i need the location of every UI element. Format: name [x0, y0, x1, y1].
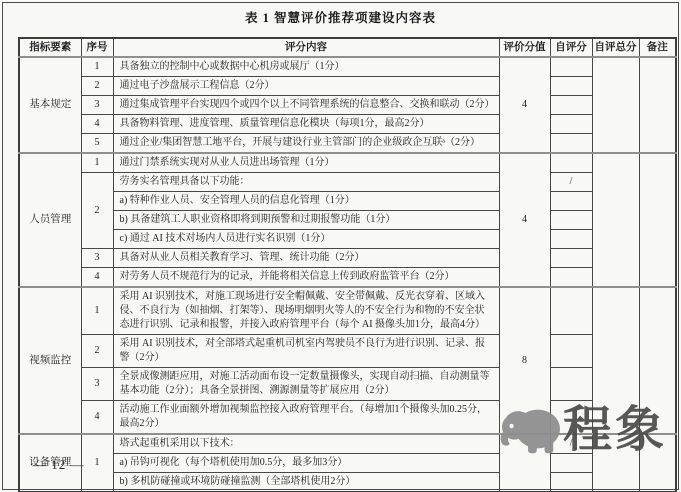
- row-number-cell: 3: [81, 249, 113, 268]
- self-score-cell: [550, 192, 592, 211]
- score-value-cell: [499, 434, 550, 492]
- self-score-cell: [550, 115, 592, 134]
- content-cell: 全景成像测距应用，对施工活动面布设一定数量摄像头，实现自动扫描、自动测量等基本功…: [113, 368, 499, 401]
- self-score-cell: [550, 57, 592, 77]
- table-row: c) 通过 AI 技术对场内人员进行实名识别（1分）: [19, 230, 676, 249]
- row-number-cell: 4: [81, 268, 113, 288]
- content-cell: 对劳务人员不规范行为的记录，并能将相关信息上传到政府监管平台（2分）: [113, 268, 499, 288]
- score-value-cell: 8: [499, 287, 550, 434]
- row-number-cell: 5: [81, 134, 113, 154]
- content-cell: a) 特种作业人员、安全管理人员的信息化管理（1分）: [113, 192, 499, 211]
- row-number-cell: 1: [81, 57, 113, 77]
- score-value-cell: 4: [499, 57, 550, 153]
- self-score-cell: [550, 249, 592, 268]
- row-number-cell: 1: [81, 153, 113, 173]
- table-row: 2劳务实名管理具备以下功能：/: [19, 173, 676, 192]
- table-body: 基本规定1具备独立的控制中心或数据中心机房或展厅（1分）42通过电子沙盘展示工程…: [19, 57, 676, 492]
- self-score-cell: [550, 77, 592, 96]
- table-row: 基本规定1具备独立的控制中心或数据中心机房或展厅（1分）4: [19, 57, 676, 77]
- self-score-cell: /: [550, 173, 592, 192]
- table-row: 人员管理1通过门禁系统实现对从业人员进出场管理（1分）4: [19, 153, 676, 173]
- header-score-value: 评价分值: [499, 38, 550, 57]
- content-cell: 具备独立的控制中心或数据中心机房或展厅（1分）: [113, 57, 499, 77]
- category-cell: 基本规定: [19, 57, 81, 153]
- header-indicator: 指标要素: [19, 38, 81, 57]
- table-row: 3通过集成管理平台实现四个或四个以上不同管理系统的信息整合、交换和联动（2分）: [19, 96, 676, 115]
- self-score-cell: [550, 287, 592, 335]
- self-score-cell: [550, 153, 592, 173]
- table-row: b) 具备建筑工人职业资格即将到期预警和过期报警功能（1分）: [19, 211, 676, 230]
- self-score-cell: [550, 211, 592, 230]
- remark-cell: [639, 153, 676, 287]
- content-cell: b) 多机防碰撞或环境防碰撞监测（全部塔机使用2分）: [113, 473, 499, 492]
- header-content: 评分内容: [113, 38, 499, 57]
- table-row: 设备管理1塔式起重机采用以下技术：/: [19, 434, 676, 454]
- content-cell: 通过门禁系统实现对从业人员进出场管理（1分）: [113, 153, 499, 173]
- self-score-cell: [550, 268, 592, 288]
- category-cell: 人员管理: [19, 153, 81, 287]
- table-row: 4活动施工作业面额外增加视频监控接入政府管理平台。（每增加1个摄像头加0.25分…: [19, 401, 676, 435]
- content-cell: 采用 AI 识别技术，对全部塔式起重机司机室内驾驶员不良行为进行识别、记录、报警…: [113, 335, 499, 368]
- content-cell: 通过电子沙盘展示工程信息（2分）: [113, 77, 499, 96]
- content-cell: 通过企业/集团智慧工地平台，开展与建设行业主管部门的企业级政企互联ᵃ（2分）: [113, 134, 499, 154]
- content-cell: a) 吊钩可视化（每个塔机使用加0.5分，最多加3分）: [113, 454, 499, 473]
- table-row: 视频监控1采用 AI 识别技术，对施工现场进行安全帽佩戴、安全带佩戴、反光衣穿着…: [19, 287, 676, 335]
- self-score-cell: [550, 134, 592, 154]
- row-number-cell: 1: [81, 287, 113, 335]
- table-row: a) 吊钩可视化（每个塔机使用加0.5分，最多加3分）: [19, 454, 676, 473]
- table-row: 4对劳务人员不规范行为的记录，并能将相关信息上传到政府监管平台（2分）: [19, 268, 676, 288]
- remark-cell: [639, 57, 676, 153]
- remark-cell: [639, 434, 676, 492]
- row-number-cell: 2: [81, 335, 113, 368]
- header-serial: 序号: [81, 38, 113, 57]
- table-row: a) 特种作业人员、安全管理人员的信息化管理（1分）: [19, 192, 676, 211]
- self-score-cell: [550, 454, 592, 473]
- score-value-cell: 4: [499, 153, 550, 287]
- content-cell: 采用 AI 识别技术，对施工现场进行安全帽佩戴、安全带佩戴、反光衣穿着、区域入侵…: [113, 287, 499, 335]
- score-table: 指标要素 序号 评分内容 评价分值 自评分 自评总分 备注 基本规定1具备独立的…: [18, 37, 677, 492]
- header-self-total: 自评总分: [592, 38, 639, 57]
- content-cell: 通过集成管理平台实现四个或四个以上不同管理系统的信息整合、交换和联动（2分）: [113, 96, 499, 115]
- content-cell: 劳务实名管理具备以下功能：: [113, 173, 499, 192]
- self-score-cell: [550, 335, 592, 368]
- row-number-cell: 2: [81, 77, 113, 96]
- self-total-cell: [592, 287, 639, 434]
- content-cell: 塔式起重机采用以下技术：: [113, 434, 499, 454]
- table-row: 2采用 AI 识别技术，对全部塔式起重机司机室内驾驶员不良行为进行识别、记录、报…: [19, 335, 676, 368]
- self-total-cell: [592, 153, 639, 287]
- category-cell: 视频监控: [19, 287, 81, 434]
- content-cell: 具备对从业人员相关教育学习、管理、统计功能（2分）: [113, 249, 499, 268]
- row-number-cell: 1: [81, 434, 113, 492]
- self-score-cell: [550, 96, 592, 115]
- table-row: 3全景成像测距应用，对施工活动面布设一定数量摄像头，实现自动扫描、自动测量等基本…: [19, 368, 676, 401]
- header-remark: 备注: [639, 38, 676, 57]
- page-title: 表 1 智慧评价推荐项建设内容表: [0, 8, 681, 26]
- header-self-score: 自评分: [550, 38, 592, 57]
- table-row: 4具备物料管理、进度管理、质量管理信息化模块（每项1分，最高2分）: [19, 115, 676, 134]
- row-number-cell: 3: [81, 368, 113, 401]
- table-row: 2通过电子沙盘展示工程信息（2分）: [19, 77, 676, 96]
- table-row: 5通过企业/集团智慧工地平台，开展与建设行业主管部门的企业级政企互联ᵃ（2分）: [19, 134, 676, 154]
- self-total-cell: [592, 57, 639, 153]
- self-score-cell: [550, 230, 592, 249]
- content-cell: 活动施工作业面额外增加视频监控接入政府管理平台。（每增加1个摄像头加0.25分，…: [113, 401, 499, 435]
- self-score-cell: [550, 401, 592, 435]
- remark-cell: [639, 287, 676, 434]
- page-number: — 12 —: [33, 457, 85, 473]
- self-score-cell: /: [550, 434, 592, 454]
- table-row: 3具备对从业人员相关教育学习、管理、统计功能（2分）: [19, 249, 676, 268]
- row-number-cell: 4: [81, 401, 113, 435]
- self-total-cell: [592, 434, 639, 492]
- content-cell: c) 通过 AI 技术对场内人员进行实名识别（1分）: [113, 230, 499, 249]
- row-number-cell: 2: [81, 173, 113, 249]
- row-number-cell: 3: [81, 96, 113, 115]
- table-row: b) 多机防碰撞或环境防碰撞监测（全部塔机使用2分）: [19, 473, 676, 492]
- content-cell: b) 具备建筑工人职业资格即将到期预警和过期报警功能（1分）: [113, 211, 499, 230]
- content-cell: 具备物料管理、进度管理、质量管理信息化模块（每项1分，最高2分）: [113, 115, 499, 134]
- table-header-row: 指标要素 序号 评分内容 评价分值 自评分 自评总分 备注: [19, 38, 676, 57]
- self-score-cell: [550, 473, 592, 492]
- self-score-cell: [550, 368, 592, 401]
- row-number-cell: 4: [81, 115, 113, 134]
